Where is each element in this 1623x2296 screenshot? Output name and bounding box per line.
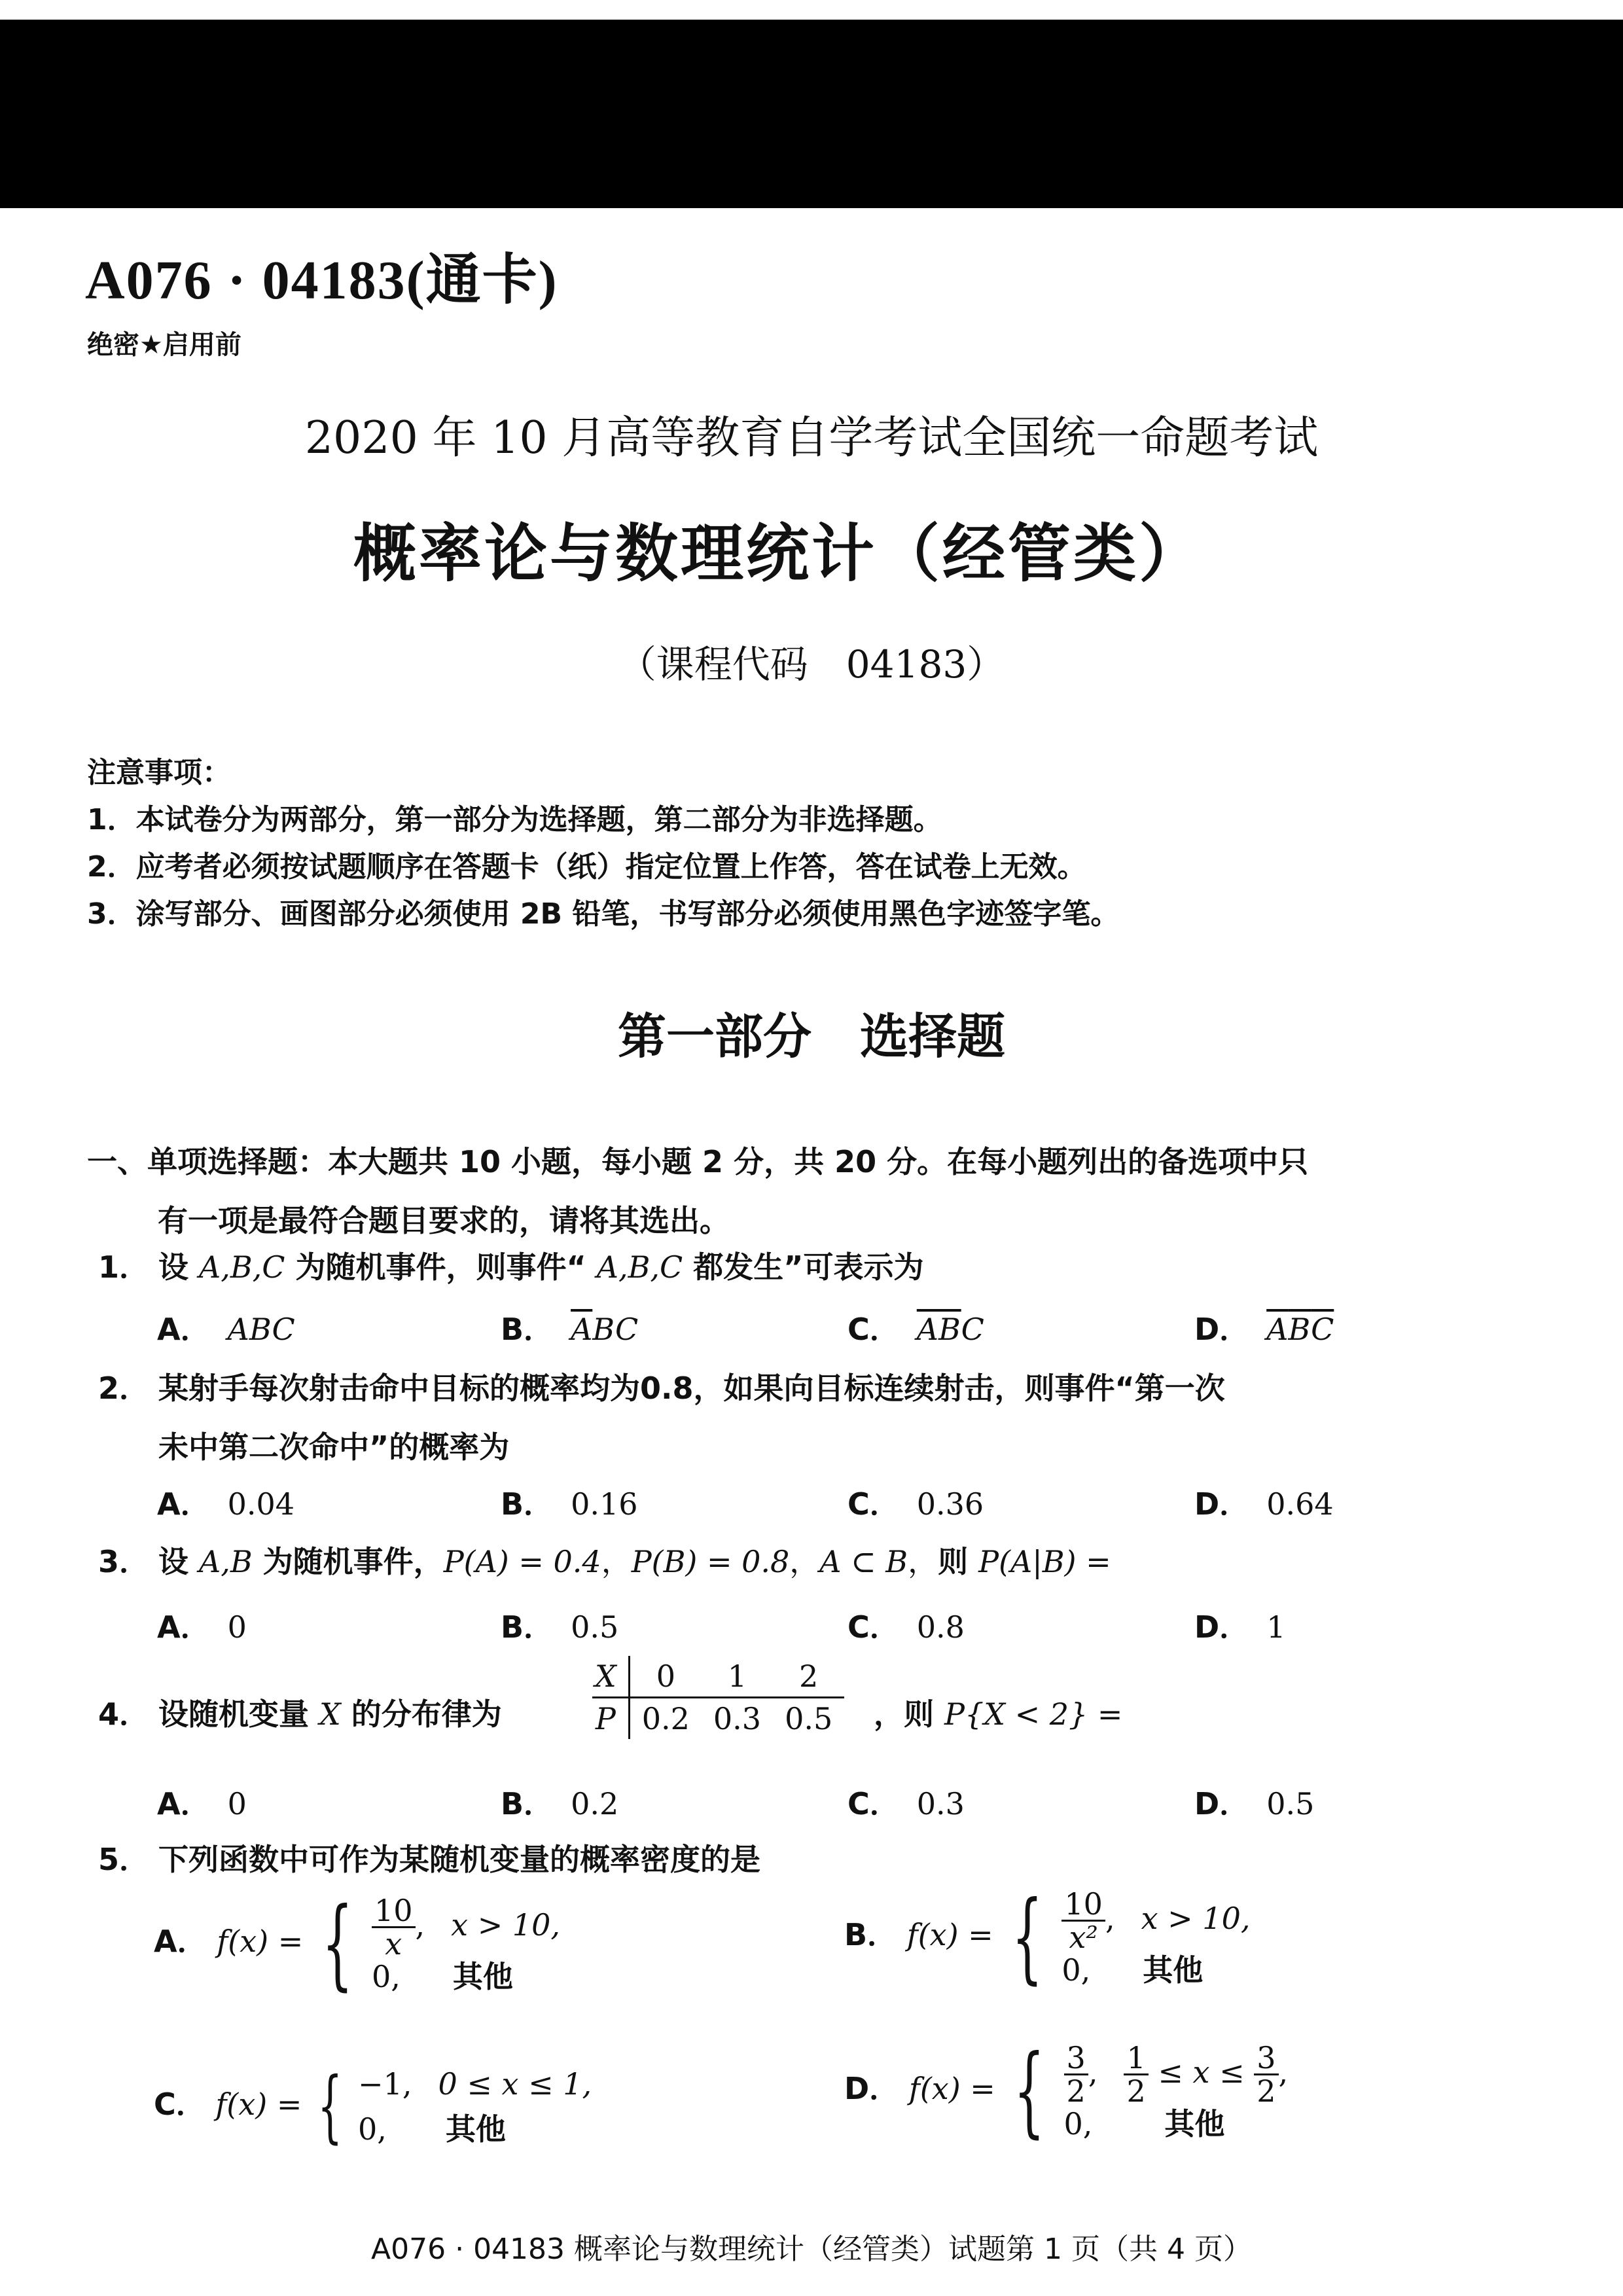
redaction-bar <box>0 20 1623 208</box>
event-c: C <box>272 1312 295 1347</box>
section-intro-line: 一、单项选择题：本大题共 10 小题，每小题 2 分，共 20 分。在每小题列出… <box>87 1132 1560 1191</box>
question-number: 5． <box>98 1836 158 1879</box>
distribution-table: X 0 1 2 P 0.2 0.3 0.5 <box>592 1656 844 1739</box>
denominator: 2 <box>1124 2075 1148 2107</box>
option-c[interactable]: C．0.36 <box>847 1480 984 1524</box>
option-value: 0.04 <box>228 1486 294 1522</box>
question-4-ask: ，则 P{X < 2} = <box>874 1691 1122 1734</box>
question-text: 下列函数中可作为某随机变量的概率密度的是 <box>158 1842 760 1877</box>
option-value: 1 <box>1266 1609 1285 1645</box>
question-1-options: A．ABC B．ABC C．ABC D．ABC <box>157 1306 1564 1345</box>
subject-title: 概率论与数理统计（经管类） <box>0 504 1558 594</box>
denominator: 2 <box>1254 2075 1278 2107</box>
question-1: 1．设 A,B,C 为随机事件，则事件“ A,B,C 都发生”可表示为 <box>98 1244 923 1287</box>
question-text: 则 <box>938 1544 968 1579</box>
option-label: B． <box>844 1917 897 1952</box>
option-label: C． <box>154 2087 206 2122</box>
question-text: 设 <box>158 1544 199 1579</box>
option-d[interactable]: D．0.64 <box>1194 1480 1334 1524</box>
notes-block: 注意事项： 1．本试卷分为两部分，第一部分为选择题，第二部分为非选择题。 2．应… <box>87 749 1119 938</box>
option-value: 0.8 <box>917 1609 965 1645</box>
option-value: 0.64 <box>1266 1486 1333 1522</box>
option-label: D． <box>1194 1486 1249 1522</box>
option-d[interactable]: D．0.5 <box>1194 1780 1314 1823</box>
paper-code-title: A076 · 04183(通卡) <box>85 236 558 315</box>
case-value: 0, <box>372 1959 401 1994</box>
event-a-complement: A <box>1266 1312 1288 1347</box>
exam-name: 2020 年 10 月高等教育自学考试全国统一命题考试 <box>0 403 1623 466</box>
option-label: B． <box>501 1486 554 1522</box>
option-b[interactable]: B．0.16 <box>501 1480 637 1524</box>
case-value: 0, <box>358 2111 387 2147</box>
option-b[interactable]: B．0.2 <box>501 1780 618 1823</box>
option-value: 0.16 <box>571 1486 637 1522</box>
option-label: A． <box>154 1924 207 1959</box>
case-otherwise: 其他 <box>446 2107 506 2152</box>
case-otherwise: 其他 <box>453 1960 513 1994</box>
part-title: 第一部分 选择题 <box>0 998 1623 1067</box>
question-text: 某射手每次射击命中目标的概率均为0.8，如果向目标连续射击，则事件“第一次 <box>158 1371 1225 1406</box>
case-otherwise: 其他 <box>1143 1954 1203 1987</box>
option-a[interactable]: A．0.04 <box>157 1480 294 1524</box>
prob-a: P(A) = 0.4 <box>444 1544 601 1579</box>
question-text: 设 <box>158 1249 199 1285</box>
numerator: 1 <box>1124 2042 1148 2075</box>
prob-b: P(B) = 0.8 <box>632 1544 790 1579</box>
case-condition: x > 10, <box>1141 1902 1251 1935</box>
note-item: 2．应考者必须按试题顺序在答题卡（纸）指定位置上作答，答在试卷上无效。 <box>87 844 1119 891</box>
question-number: 1． <box>98 1244 158 1287</box>
function-name: f(x) = <box>215 2087 302 2122</box>
function-name: f(x) = <box>909 2071 995 2106</box>
piecewise-cases: 10x,x > 10, 0,其他 <box>372 1895 560 1993</box>
option-c[interactable]: C． f(x) = { −1,0 ≤ x ≤ 1, 0,其他 <box>154 2062 592 2152</box>
question-4: 4．设随机变量 X 的分布律为 <box>98 1691 502 1734</box>
option-a[interactable]: A．ABC <box>157 1306 295 1349</box>
option-value: 0.5 <box>571 1609 618 1645</box>
option-value: 0 <box>228 1609 247 1645</box>
option-label: D． <box>1194 1312 1249 1347</box>
option-value: 0.36 <box>917 1486 984 1522</box>
case-condition: x > 10, <box>451 1909 560 1942</box>
numerator: 3 <box>1254 2042 1278 2075</box>
case-value: −1, <box>358 2066 412 2102</box>
option-b[interactable]: B．0.5 <box>501 1604 618 1647</box>
option-label: C． <box>847 1786 900 1821</box>
question-number: 4． <box>98 1691 158 1734</box>
question-number: 2． <box>98 1365 158 1408</box>
question-text: 的分布律为 <box>341 1696 502 1732</box>
table-cell: 0 <box>629 1656 702 1698</box>
question-text: 为随机事件， <box>253 1544 444 1579</box>
option-label: D． <box>1194 1786 1249 1821</box>
event-b-complement: B <box>938 1312 961 1347</box>
case-condition: 0 ≤ x ≤ 1, <box>438 2062 592 2107</box>
option-d[interactable]: D．ABC <box>1194 1306 1334 1349</box>
course-code: （课程代码 04183） <box>0 634 1623 689</box>
option-label: A． <box>157 1486 211 1522</box>
case-value: 0, <box>1061 1952 1090 1988</box>
question-text: 设随机变量 <box>158 1696 319 1732</box>
table-cell: 2 <box>773 1656 844 1698</box>
option-label: C． <box>847 1312 900 1347</box>
option-value: 0.2 <box>571 1786 618 1821</box>
option-value: 0 <box>228 1786 247 1821</box>
note-item: 1．本试卷分为两部分，第一部分为选择题，第二部分为非选择题。 <box>87 797 1119 844</box>
event-c-complement: C <box>1311 1312 1334 1347</box>
option-c[interactable]: C．ABC <box>847 1306 984 1349</box>
option-label: A． <box>157 1786 211 1821</box>
table-cell: 0.3 <box>702 1698 773 1740</box>
math-vars: A,B <box>199 1544 253 1579</box>
option-a[interactable]: A．0 <box>157 1604 247 1647</box>
denominator: x <box>382 1928 404 1960</box>
case-otherwise: 其他 <box>1164 2108 1224 2141</box>
option-c[interactable]: C．0.8 <box>847 1604 965 1647</box>
question-2: 2．某射手每次射击命中目标的概率均为0.8，如果向目标连续射击，则事件“第一次 <box>98 1365 1225 1408</box>
option-label: C． <box>847 1486 900 1522</box>
case-value: 0, <box>1064 2106 1093 2142</box>
event-c: C <box>615 1312 638 1347</box>
question-2-options: A．0.04 B．0.16 C．0.36 D．0.64 <box>157 1480 1564 1520</box>
prob-expression: P{X < 2} = <box>944 1696 1122 1732</box>
event-a-complement: A <box>917 1312 938 1347</box>
event-a: A <box>228 1312 249 1347</box>
question-text: ，则 <box>874 1696 944 1732</box>
option-label: B． <box>501 1786 554 1821</box>
section-intro: 一、单项选择题：本大题共 10 小题，每小题 2 分，共 20 分。在每小题列出… <box>87 1132 1560 1250</box>
confidential-label: 绝密★启用前 <box>87 324 241 361</box>
option-label: B． <box>501 1609 554 1645</box>
denominator: 2 <box>1064 2075 1088 2107</box>
option-label: A． <box>157 1609 211 1645</box>
option-label: A． <box>157 1312 211 1347</box>
option-label: D． <box>1194 1609 1249 1645</box>
subset-relation: A ⊂ B <box>819 1544 908 1579</box>
question-5: 5．下列函数中可作为某随机变量的概率密度的是 <box>98 1836 760 1879</box>
note-item: 3．涂写部分、画图部分必须使用 2B 铅笔，书写部分必须使用黑色字迹签字笔。 <box>87 891 1119 938</box>
numerator: 3 <box>1064 2042 1088 2075</box>
question-3-options: A．0 B．0.5 C．0.8 D．1 <box>157 1604 1564 1643</box>
question-3: 3．设 A,B 为随机事件，P(A) = 0.4，P(B) = 0.8，A ⊂ … <box>98 1538 1111 1581</box>
table-cell: 1 <box>702 1656 773 1698</box>
piecewise-cases: 10x²,x > 10, 0,其他 <box>1061 1888 1250 1986</box>
option-value: 0.3 <box>917 1786 965 1821</box>
table-header-x: X <box>592 1656 629 1698</box>
case-condition: ≤ x ≤ <box>1149 2054 1255 2090</box>
page-footer: A076 · 04183 概率论与数理统计（经管类）试题第 1 页（共 4 页） <box>0 2225 1623 2267</box>
option-label: B． <box>501 1312 554 1347</box>
conditional-prob: P(A|B) = <box>978 1544 1111 1579</box>
option-a[interactable]: A． f(x) = { 10x,x > 10, 0,其他 <box>154 1895 560 1993</box>
question-text: 为随机事件，则事件“ <box>285 1249 596 1285</box>
left-brace-icon: { <box>317 2068 342 2146</box>
event-b: B <box>249 1312 272 1347</box>
option-label: D． <box>844 2071 899 2106</box>
piecewise-cases: 32,12 ≤ x ≤ 32, 0,其他 <box>1064 2042 1289 2140</box>
section-intro-line: 有一项是最符合题目要求的，请将其选出。 <box>87 1191 1560 1250</box>
question-2-continued: 未中第二次命中”的概率为 <box>158 1424 509 1467</box>
option-c[interactable]: C．0.3 <box>847 1780 965 1823</box>
table-header-p: P <box>592 1698 629 1740</box>
function-name: f(x) = <box>217 1924 303 1959</box>
event-c: C <box>961 1312 984 1347</box>
event-a-complement: A <box>571 1312 592 1347</box>
math-var: X <box>319 1696 341 1732</box>
table-cell: 0.2 <box>629 1698 702 1740</box>
numerator: 10 <box>372 1895 416 1928</box>
left-brace-icon: { <box>1012 1888 1043 1986</box>
piecewise-cases: −1,0 ≤ x ≤ 1, 0,其他 <box>358 2062 592 2152</box>
option-label: C． <box>847 1609 900 1645</box>
option-d[interactable]: D．1 <box>1194 1604 1285 1647</box>
option-a[interactable]: A．0 <box>157 1780 247 1823</box>
event-b: B <box>592 1312 615 1347</box>
event-b-complement: B <box>1288 1312 1311 1347</box>
option-b[interactable]: B．ABC <box>501 1306 638 1349</box>
function-name: f(x) = <box>907 1917 993 1952</box>
question-4-options: A．0 B．0.2 C．0.3 D．0.5 <box>157 1780 1564 1820</box>
notes-title: 注意事项： <box>87 749 1119 797</box>
math-vars: A,B,C <box>199 1249 285 1285</box>
denominator: x² <box>1066 1922 1100 1953</box>
option-value: 0.5 <box>1266 1786 1314 1821</box>
question-number: 3． <box>98 1538 158 1581</box>
question-text: 都发生”可表示为 <box>683 1249 923 1285</box>
numerator: 10 <box>1061 1888 1105 1922</box>
left-brace-icon: { <box>322 1895 353 1993</box>
option-b[interactable]: B． f(x) = { 10x²,x > 10, 0,其他 <box>844 1888 1250 1986</box>
left-brace-icon: { <box>1014 2042 1045 2140</box>
option-d[interactable]: D． f(x) = { 32,12 ≤ x ≤ 32, 0,其他 <box>844 2042 1288 2140</box>
table-cell: 0.5 <box>773 1698 844 1740</box>
math-vars: A,B,C <box>597 1249 683 1285</box>
